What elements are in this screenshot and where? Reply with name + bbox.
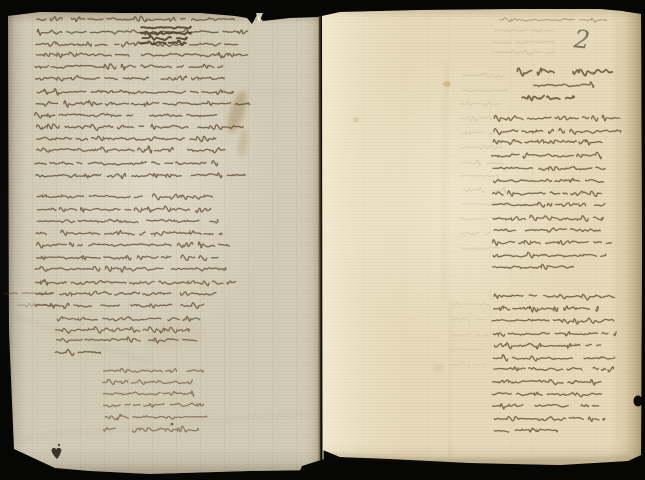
page-number: 2 bbox=[573, 26, 591, 53]
manuscript-right-page bbox=[322, 9, 642, 467]
manuscript-left-page bbox=[8, 12, 320, 474]
manuscript-scan: 2 bbox=[0, 0, 645, 480]
